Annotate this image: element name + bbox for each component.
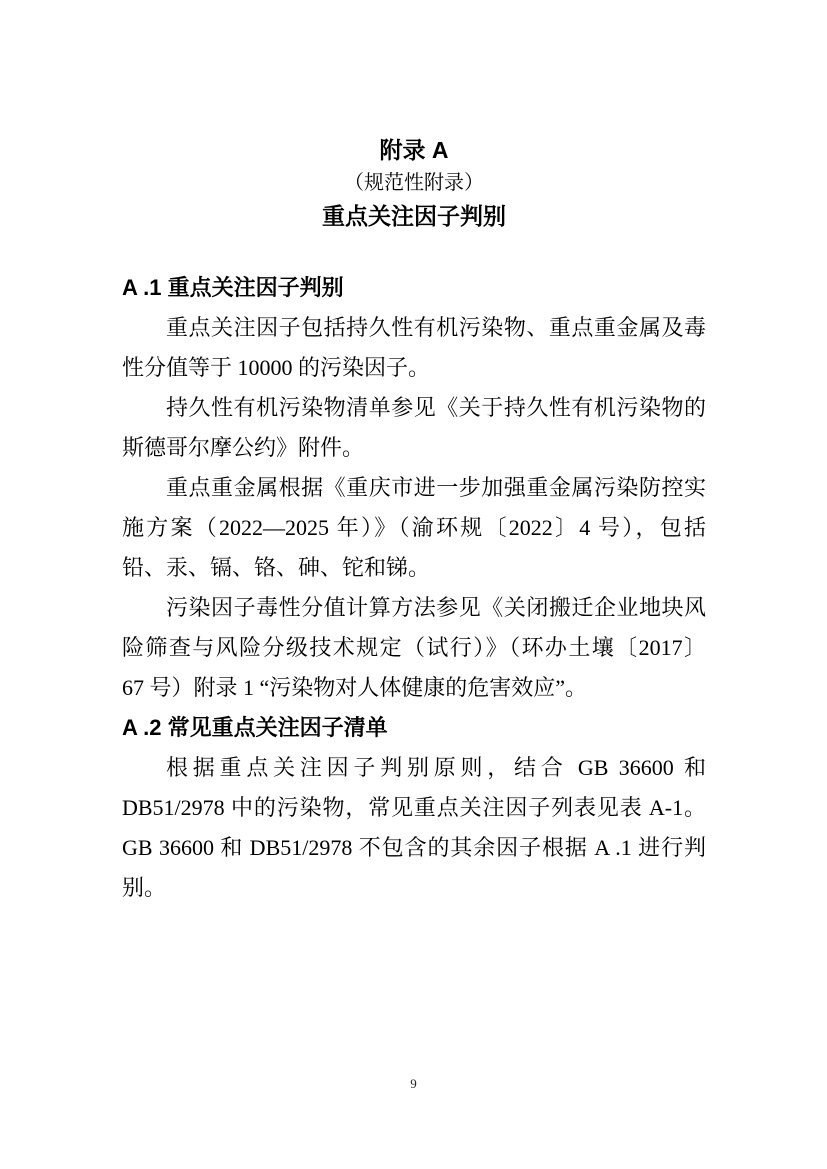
appendix-title: 重点关注因子判别 [122,200,706,233]
paragraph-line: GB 36600 和 DB51/2978 不包含的其余因子根据 A .1 进行判 [122,828,706,868]
paragraph-line: 施方案（2022—2025 年）》（渝环规〔2022〕4 号），包括 [122,508,706,548]
page-number: 9 [0,1076,827,1092]
paragraph: 持久性有机污染物清单参见《关于持久性有机污染物的 斯德哥尔摩公约》附件。 [122,388,706,468]
paragraph: 重点关注因子包括持久性有机污染物、重点重金属及毒 性分值等于 10000 的污染… [122,308,706,388]
paragraph-line: DB51/2978 中的污染物，常见重点关注因子列表见表 A-1。 [122,788,706,828]
paragraph: 污染因子毒性分值计算方法参见《关闭搬迁企业地块风 险筛查与风险分级技术规定（试行… [122,588,706,708]
title-body-spacer [122,233,706,268]
section-heading-a1: A .1 重点关注因子判别 [122,268,706,308]
paragraph-line: 重点重金属根据《重庆市进一步加强重金属污染防控实 [122,468,706,508]
appendix-label: 附录 A [122,134,706,167]
paragraph-line: 斯德哥尔摩公约》附件。 [122,428,706,468]
appendix-type: （规范性附录） [122,167,706,200]
paragraph-line: 性分值等于 10000 的污染因子。 [122,348,706,388]
paragraph-line: 别。 [122,868,706,908]
paragraph-line: 铅、汞、镉、铬、砷、铊和锑。 [122,548,706,588]
paragraph-line: 重点关注因子包括持久性有机污染物、重点重金属及毒 [122,308,706,348]
paragraph: 根据重点关注因子判别原则，结合 GB 36600 和 DB51/2978 中的污… [122,748,706,908]
paragraph: 重点重金属根据《重庆市进一步加强重金属污染防控实 施方案（2022—2025 年… [122,468,706,588]
paragraph-line: 根据重点关注因子判别原则，结合 GB 36600 和 [122,748,706,788]
document-page: 附录 A （规范性附录） 重点关注因子判别 A .1 重点关注因子判别 重点关注… [0,0,827,1169]
document-content: 附录 A （规范性附录） 重点关注因子判别 A .1 重点关注因子判别 重点关注… [122,134,706,908]
paragraph-line: 污染因子毒性分值计算方法参见《关闭搬迁企业地块风 [122,588,706,628]
paragraph-line: 67 号）附录 1 “污染物对人体健康的危害效应”。 [122,668,706,708]
paragraph-line: 持久性有机污染物清单参见《关于持久性有机污染物的 [122,388,706,428]
section-heading-a2: A .2 常见重点关注因子清单 [122,708,706,748]
paragraph-line: 险筛查与风险分级技术规定（试行）》（环办土壤〔2017〕 [122,628,706,668]
